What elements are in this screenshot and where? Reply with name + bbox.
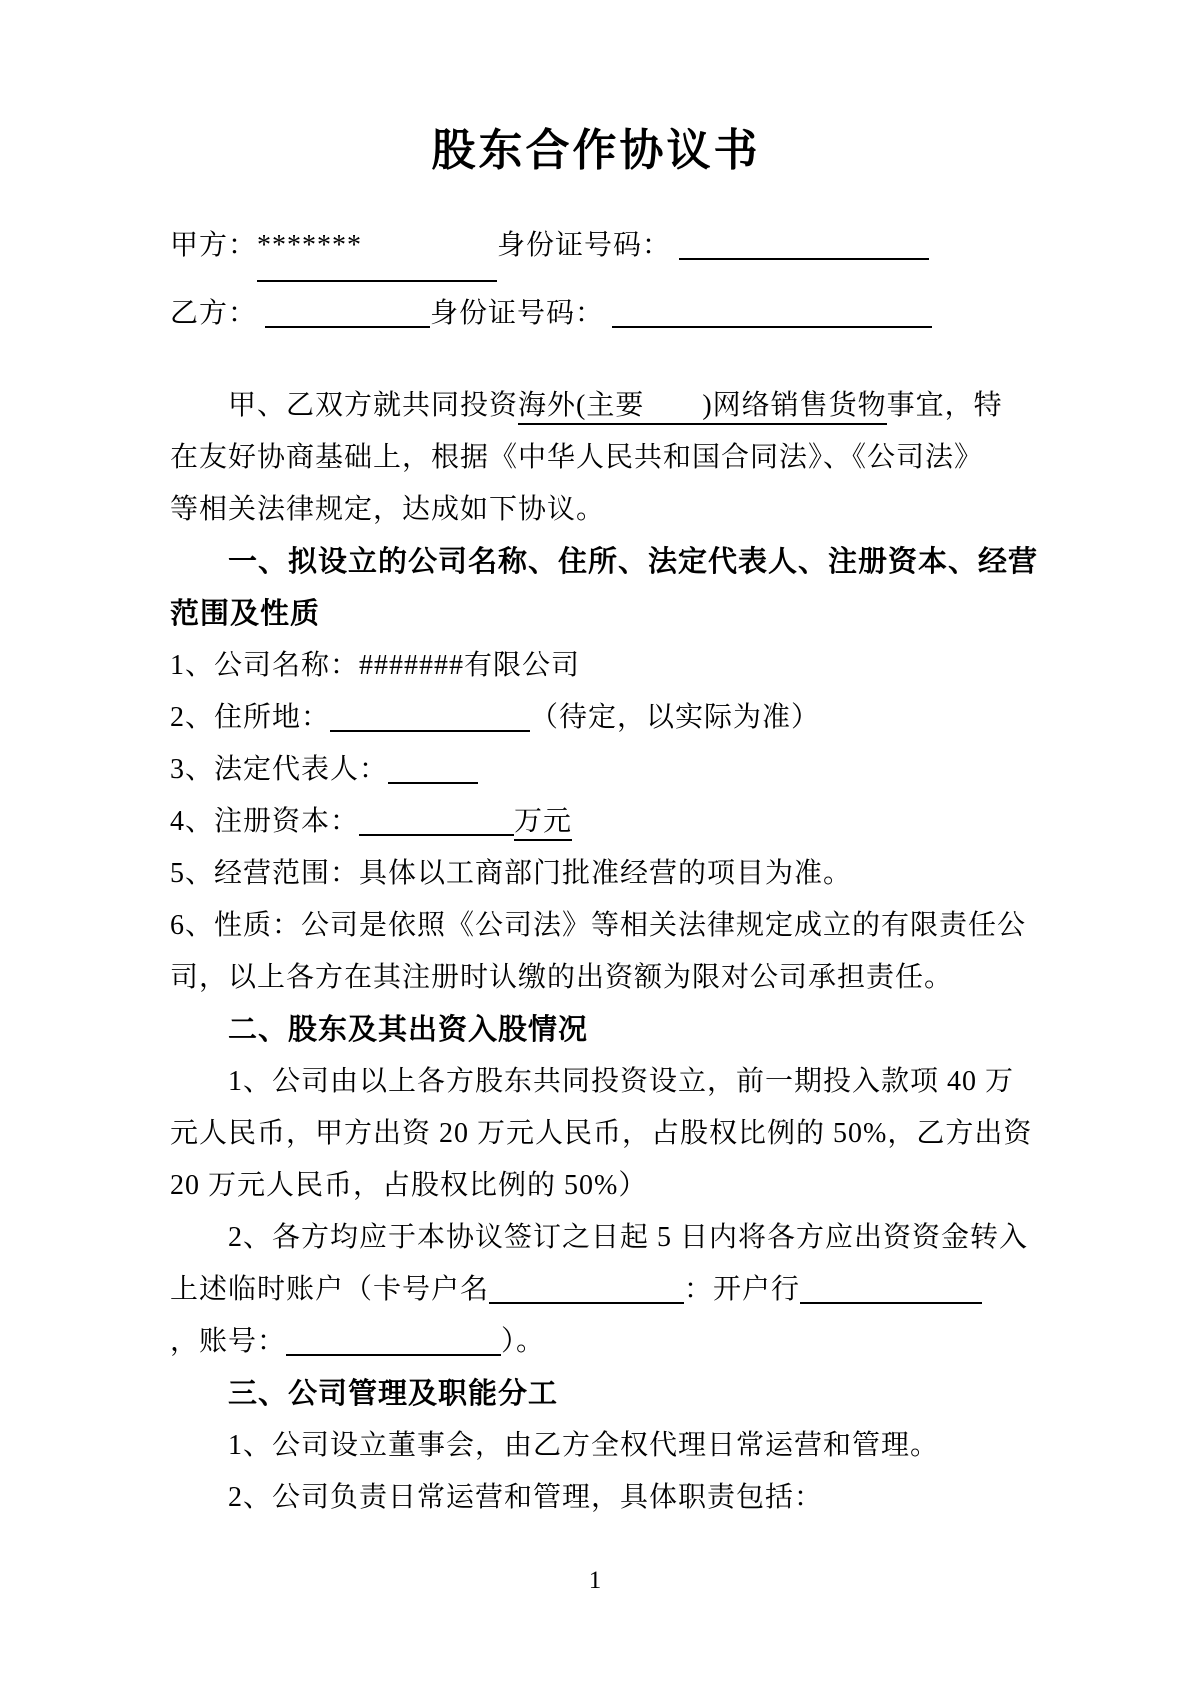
item-4-label: 4、注册资本：	[170, 806, 359, 837]
section-1-item-1: 1、公司名称：#######有限公司	[170, 640, 1022, 692]
capital-blank	[359, 804, 514, 836]
address-blank	[330, 700, 530, 732]
document-page: 股东合作协议书 甲方：*******身份证号码： 乙方： 身份证号码： 甲、乙双…	[0, 0, 1190, 1683]
account-number-blank	[286, 1324, 501, 1356]
intro-paragraph: 甲、乙双方就共同投资海外(主要 )网络销售货物事宜，特 在友好协商基础上，根据《…	[170, 380, 1022, 536]
item-3-label: 3、法定代表人：	[170, 754, 388, 785]
section-1: 一、拟设立的公司名称、住所、法定代表人、注册资本、经营 范围及性质 1、公司名称…	[170, 536, 1022, 1004]
legal-rep-blank	[388, 752, 478, 784]
section-1-item-3: 3、法定代表人：	[170, 744, 1022, 796]
party-a-label: 甲方：	[170, 230, 257, 261]
item-2-label: 2、住所地：	[170, 702, 330, 733]
card-name-blank	[489, 1272, 684, 1304]
section-2: 二、股东及其出资入股情况 1、公司由以上各方股东共同投资设立，前一期投入款项 4…	[170, 1004, 1022, 1368]
party-a-id-blank	[679, 228, 929, 260]
party-a-row: 甲方：*******身份证号码：	[170, 214, 1022, 282]
party-b-row: 乙方： 身份证号码：	[170, 282, 1022, 346]
section-1-item-4: 4、注册资本：万元	[170, 796, 1022, 848]
account-holder-label: 上述临时账户（卡号户名	[170, 1274, 489, 1305]
section-3-item-1: 1、公司设立董事会，由乙方全权代理日常运营和管理。	[170, 1420, 1022, 1472]
party-b-id-label: 身份证号码：	[430, 298, 604, 329]
document-content: 股东合作协议书 甲方：*******身份证号码： 乙方： 身份证号码： 甲、乙双…	[170, 0, 1022, 1524]
document-title: 股东合作协议书	[170, 122, 1022, 180]
bank-blank	[800, 1272, 982, 1304]
item-6-line-2: 司，以上各方在其注册时认缴的出资额为限对公司承担责任。	[170, 952, 1022, 1004]
section-3-item-2: 2、公司负责日常运营和管理，具体职责包括：	[170, 1472, 1022, 1524]
party-b-id-blank	[612, 296, 932, 328]
capital-unit: 万元	[514, 806, 572, 841]
section-1-item-2: 2、住所地：（待定，以实际为准）	[170, 692, 1022, 744]
intro-line-2: 在友好协商基础上，根据《中华人民共和国合同法》、《公司法》	[170, 432, 1022, 484]
section-3-heading: 三、公司管理及职能分工	[170, 1368, 1022, 1420]
s2-item-2-line-2: 上述临时账户（卡号户名：开户行	[170, 1264, 1022, 1316]
section-1-item-6: 6、性质：公司是依照《公司法》等相关法律规定成立的有限责任公 司，以上各方在其注…	[170, 900, 1022, 1004]
party-a-value-blank: *******	[257, 214, 497, 282]
section-2-item-2: 2、各方均应于本协议签订之日起 5 日内将各方应出资资金转入 上述临时账户（卡号…	[170, 1212, 1022, 1368]
s2-item-1-line-1: 1、公司由以上各方股东共同投资设立，前一期投入款项 40 万	[170, 1056, 1022, 1108]
s2-item-1-line-3: 20 万元人民币，占股权比例的 50%）	[170, 1160, 1022, 1212]
section-2-item-1: 1、公司由以上各方股东共同投资设立，前一期投入款项 40 万 元人民币，甲方出资…	[170, 1056, 1022, 1212]
party-b-label: 乙方：	[170, 298, 257, 329]
intro-underlined-phrase: 海外(主要 )网络销售货物	[518, 390, 887, 425]
closing-paren: ）。	[501, 1326, 545, 1357]
section-3: 三、公司管理及职能分工 1、公司设立董事会，由乙方全权代理日常运营和管理。 2、…	[170, 1368, 1022, 1524]
section-1-heading-line-1: 一、拟设立的公司名称、住所、法定代表人、注册资本、经营	[170, 536, 1022, 588]
s2-item-1-line-2: 元人民币，甲方出资 20 万元人民币，占股权比例的 50%，乙方出资	[170, 1108, 1022, 1160]
item-2-suffix: （待定，以实际为准）	[530, 702, 820, 733]
item-6-line-1: 6、性质：公司是依照《公司法》等相关法律规定成立的有限责任公	[170, 900, 1022, 952]
s2-item-2-line-1: 2、各方均应于本协议签订之日起 5 日内将各方应出资资金转入	[170, 1212, 1022, 1264]
page-number: 1	[0, 1567, 1190, 1595]
section-1-heading-line-2: 范围及性质	[170, 588, 1022, 640]
s2-item-2-line-3: ，账号：）。	[170, 1316, 1022, 1368]
intro-line-3: 等相关法律规定，达成如下协议。	[170, 484, 1022, 536]
party-a-id-label: 身份证号码：	[497, 230, 671, 261]
section-2-heading: 二、股东及其出资入股情况	[170, 1004, 1022, 1056]
account-number-label: ，账号：	[170, 1326, 286, 1357]
section-1-item-5: 5、经营范围：具体以工商部门批准经营的项目为准。	[170, 848, 1022, 900]
intro-line-1-post: 事宜，特	[887, 390, 1003, 421]
intro-line-1: 甲、乙双方就共同投资海外(主要 )网络销售货物事宜，特	[170, 380, 1022, 432]
party-b-value-blank	[265, 296, 430, 328]
bank-label: ：开户行	[684, 1274, 800, 1305]
intro-line-1-pre: 甲、乙双方就共同投资	[228, 390, 518, 421]
parties-block: 甲方：*******身份证号码： 乙方： 身份证号码：	[170, 214, 1022, 346]
